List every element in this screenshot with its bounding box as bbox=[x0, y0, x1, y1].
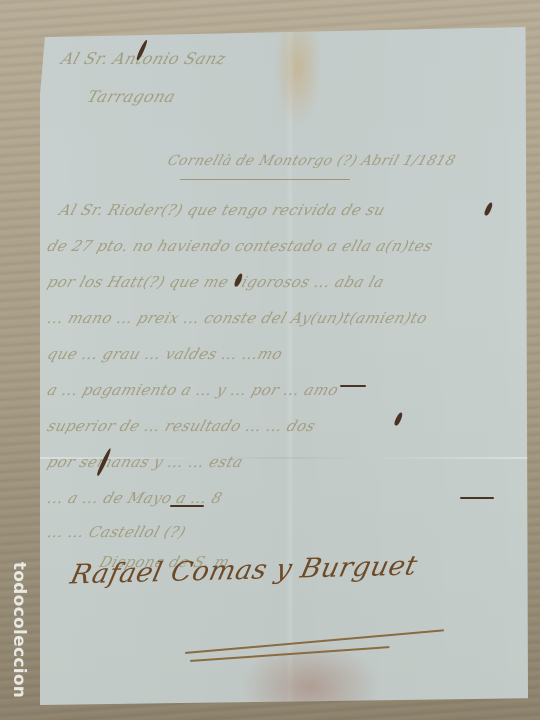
letter-paper: Al Sr. Antonio Sanz Tarragona Cornellà d… bbox=[40, 27, 528, 705]
body-line: ... mano ... preix ... conste del Ay(un)… bbox=[45, 309, 430, 327]
place-line: Tarragona bbox=[85, 87, 178, 106]
body-line: que ... grau ... valdes ... ...mo bbox=[45, 345, 285, 363]
ink-blot bbox=[483, 202, 493, 217]
dateline: Cornellà de Montorgo (?) Abril 1/1818 bbox=[165, 153, 457, 169]
ink-stroke bbox=[170, 505, 204, 507]
body-line: superior de ... resultado ... ... dos bbox=[45, 417, 318, 435]
body-line: de 27 pto. no haviendo contestado a ella… bbox=[45, 237, 435, 255]
ink-blot bbox=[393, 412, 403, 427]
body-line: Al Sr. Rioder(?) que tengo recivida de s… bbox=[57, 201, 388, 219]
body-line: por los Hatt(?) que me vigorosos ... aba… bbox=[45, 273, 387, 291]
watermark-text: todocoleccion bbox=[9, 562, 29, 698]
body-line: ... ... Castellol (?) bbox=[45, 523, 188, 541]
body-line: a ... pagamiento a ... y ... por ... amo bbox=[45, 381, 341, 399]
addressee-line: Al Sr. Antonio Sanz bbox=[59, 49, 229, 68]
ink-stroke bbox=[340, 385, 366, 387]
body-line: por semanas y ... ... esta bbox=[45, 453, 246, 471]
ink-stroke bbox=[460, 497, 494, 499]
watermark: todocoleccion bbox=[6, 545, 32, 715]
date-underline bbox=[180, 179, 350, 180]
